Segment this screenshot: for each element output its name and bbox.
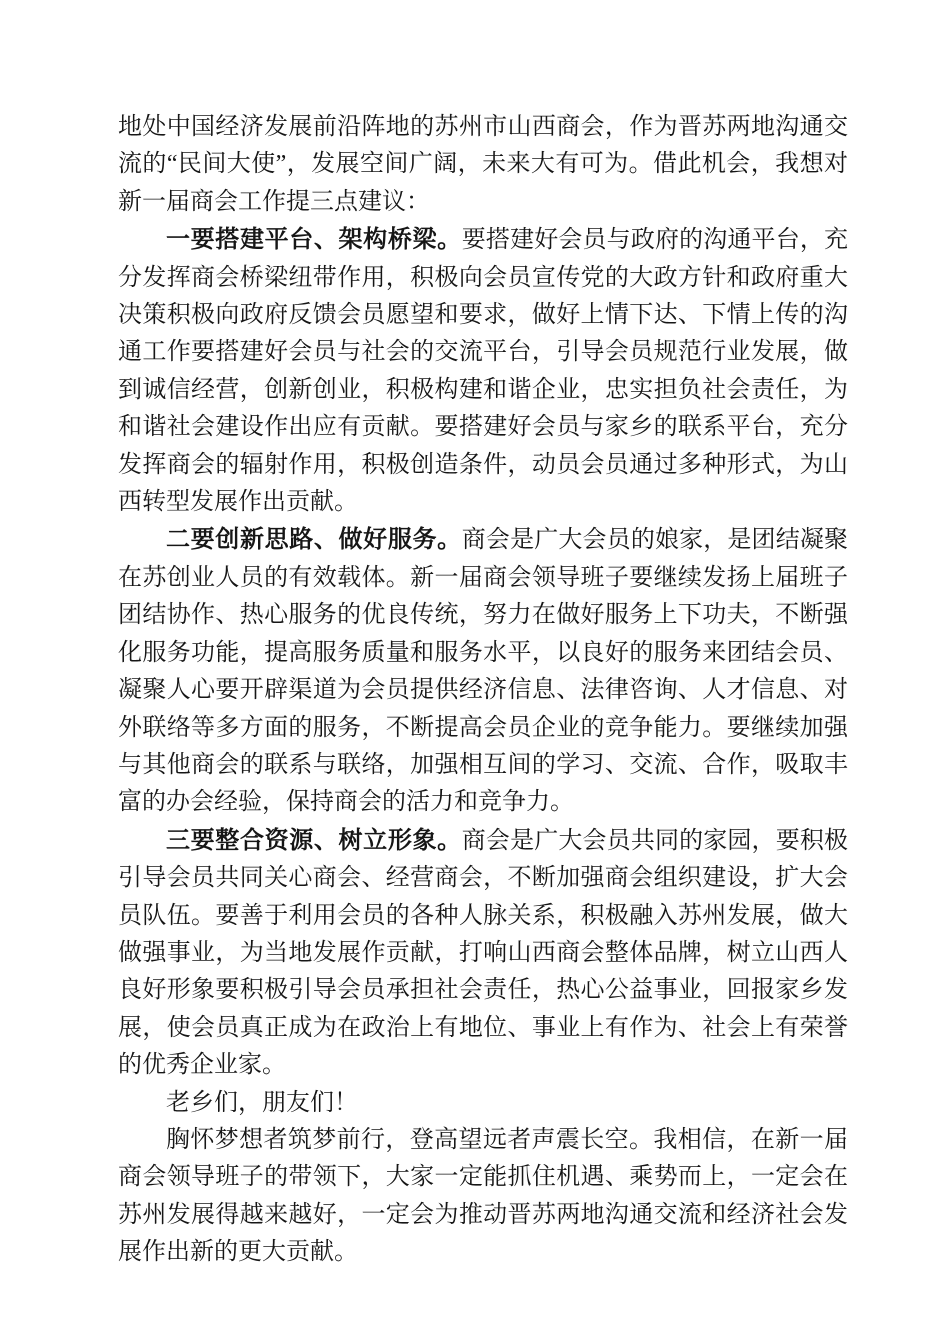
paragraph: 一要搭建平台、架构桥梁。要搭建好会员与政府的沟通平台，充分发挥商会桥梁纽带作用，… [118, 221, 848, 521]
document-page: 地处中国经济发展前沿阵地的苏州市山西商会，作为晋苏两地沟通交流的“民间大使”，发… [0, 0, 950, 1344]
paragraph-lead: 三要整合资源、树立形象。 [166, 827, 462, 854]
paragraph: 胸怀梦想者筑梦前行，登高望远者声震长空。我相信，在新一届商会领导班子的带领下，大… [118, 1122, 848, 1272]
paragraph-text: 要搭建好会员与政府的沟通平台，充分发挥商会桥梁纽带作用，积极向会员宣传党的大政方… [118, 227, 848, 515]
document-body: 地处中国经济发展前沿阵地的苏州市山西商会，作为晋苏两地沟通交流的“民间大使”，发… [118, 109, 848, 1272]
paragraph-text: 胸怀梦想者筑梦前行，登高望远者声震长空。我相信，在新一届商会领导班子的带领下，大… [118, 1127, 848, 1265]
paragraph-lead: 一要搭建平台、架构桥梁。 [166, 226, 462, 253]
paragraph: 二要创新思路、做好服务。商会是广大会员的娘家，是团结凝聚在苏创业人员的有效载体。… [118, 521, 848, 821]
paragraph-text: 地处中国经济发展前沿阵地的苏州市山西商会，作为晋苏两地沟通交流的“民间大使”，发… [118, 114, 848, 215]
paragraph: 地处中国经济发展前沿阵地的苏州市山西商会，作为晋苏两地沟通交流的“民间大使”，发… [118, 109, 848, 221]
paragraph-text: 商会是广大会员共同的家园，要积极引导会员共同关心商会、经营商会，不断加强商会组织… [118, 828, 848, 1078]
paragraph-text: 商会是广大会员的娘家，是团结凝聚在苏创业人员的有效载体。新一届商会领导班子要继续… [118, 527, 848, 815]
paragraph: 三要整合资源、树立形象。商会是广大会员共同的家园，要积极引导会员共同关心商会、经… [118, 822, 848, 1085]
paragraph-lead: 二要创新思路、做好服务。 [166, 526, 462, 553]
paragraph: 老乡们，朋友们！ [118, 1085, 848, 1122]
paragraph-text: 老乡们，朋友们！ [166, 1090, 358, 1116]
